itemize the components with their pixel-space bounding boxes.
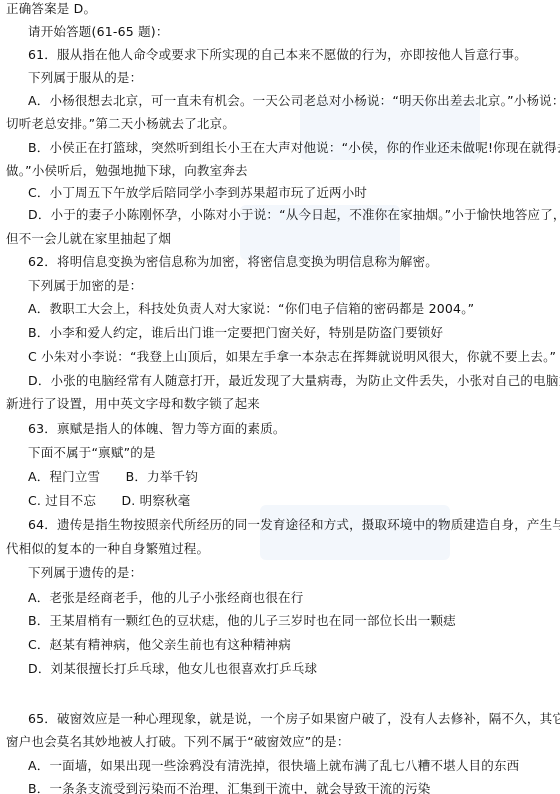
question-64-option-a: A．老张是经商老手，他的儿子小张经商也很在行 [28, 590, 556, 606]
question-64-stem: 64．遗传是指生物按照亲代所经历的同一发育途径和方式，摄取环境中的物质建造自身，… [28, 517, 556, 533]
question-65-option-a: A．一面墙，如果出现一些涂鸦没有清洗掉，很快墙上就布满了乱七八糟不堪人目的东西 [28, 758, 556, 774]
question-64-option-b: B．王某眉梢有一颗红色的豆状痣，他的儿子三岁时也在同一部位长出一颗痣 [28, 613, 556, 629]
question-64-stem-cont: 代相似的复本的一种自身繁殖过程。 [6, 541, 556, 557]
question-61-option-c: C．小丁周五下午放学后陪同学小李到苏果超市玩了近两小时 [28, 185, 556, 201]
question-62-stem: 62．将明信息变换为密信息称为加密，将密信息变换为明信息称为解密。 [28, 254, 556, 270]
question-61-option-b-cont: 做。”小侯听后，勉强地抛下球，向教室奔去 [6, 163, 556, 179]
question-65-stem-cont: 窗户也会莫名其妙地被人打破。下列不属于“破窗效应”的是： [6, 734, 556, 750]
question-63-options-cd: C. 过目不忘 D. 明察秋毫 [28, 493, 556, 509]
question-65-stem: 65．破窗效应是一种心理现象，就是说，一个房子如果窗户破了，没有人去修补，隔不久… [28, 711, 556, 727]
previous-answer: 正确答案是 D。 [6, 1, 556, 17]
question-61-option-d: D．小于的妻子小陈刚怀孕，小陈对小于说：“从今日起，不准你在家抽烟。”小于愉快地… [28, 207, 556, 223]
question-63-prompt: 下面不属于“禀赋”的是 [28, 445, 556, 461]
question-61-option-a-cont: 切听老总安排。”第二天小杨就去了北京。 [6, 116, 556, 132]
section-instruction: 请开始答题(61-65 题)： [28, 24, 556, 40]
question-62-prompt: 下列属于加密的是： [28, 278, 556, 294]
question-61-prompt: 下列属于服从的是： [28, 70, 556, 86]
question-62-option-d: D．小张的电脑经常有人随意打开，最近发现了大量病毒，为防止文件丢失，小张对自己的… [28, 373, 556, 389]
question-63-options-ab: A．程门立雪 B．力举千钧 [28, 469, 556, 485]
question-64-option-d: D．刘某很擅长打乒乓球，他女儿也很喜欢打乒乓球 [28, 661, 556, 677]
question-62-option-a: A．教职工大会上，科技处负责人对大家说：“你们电子信箱的密码都是 2004。” [28, 301, 556, 317]
question-61-option-a: A．小杨很想去北京，可一直未有机会。一天公司老总对小杨说：“明天你出差去北京。”… [28, 93, 556, 109]
question-64-option-c: C．赵某有精神病，他父亲生前也有这种精神病 [28, 637, 556, 653]
question-61-option-b: B．小侯正在打篮球，突然听到组长小王在大声对他说：“小侯，你的作业还未做呢!你现… [28, 140, 556, 156]
question-61-option-d-cont: 但不一会儿就在家里抽起了烟 [6, 231, 556, 247]
question-65-option-b: B．一条条支流受到污染而不治理，汇集到干流中，就会导致干流的污染 [28, 781, 556, 794]
question-62-option-b: B．小李和爱人约定，谁后出门谁一定要把门窗关好，特别是防盗门要锁好 [28, 325, 556, 341]
question-63-stem: 63．禀赋是指人的体魄、智力等方面的素质。 [28, 421, 556, 437]
question-62-option-d-cont: 新进行了设置，用中英文字母和数字锁了起来 [6, 396, 556, 412]
question-64-prompt: 下列属于遗传的是： [28, 565, 556, 581]
question-62-option-c: C 小朱对小李说：“我登上山顶后，如果左手拿一本杂志在挥舞就说明风很大，你就不要… [28, 349, 556, 365]
question-61-stem: 61．服从指在他人命令或要求下所实现的自己本来不愿做的行为，亦即按他人旨意行事。 [28, 47, 556, 63]
